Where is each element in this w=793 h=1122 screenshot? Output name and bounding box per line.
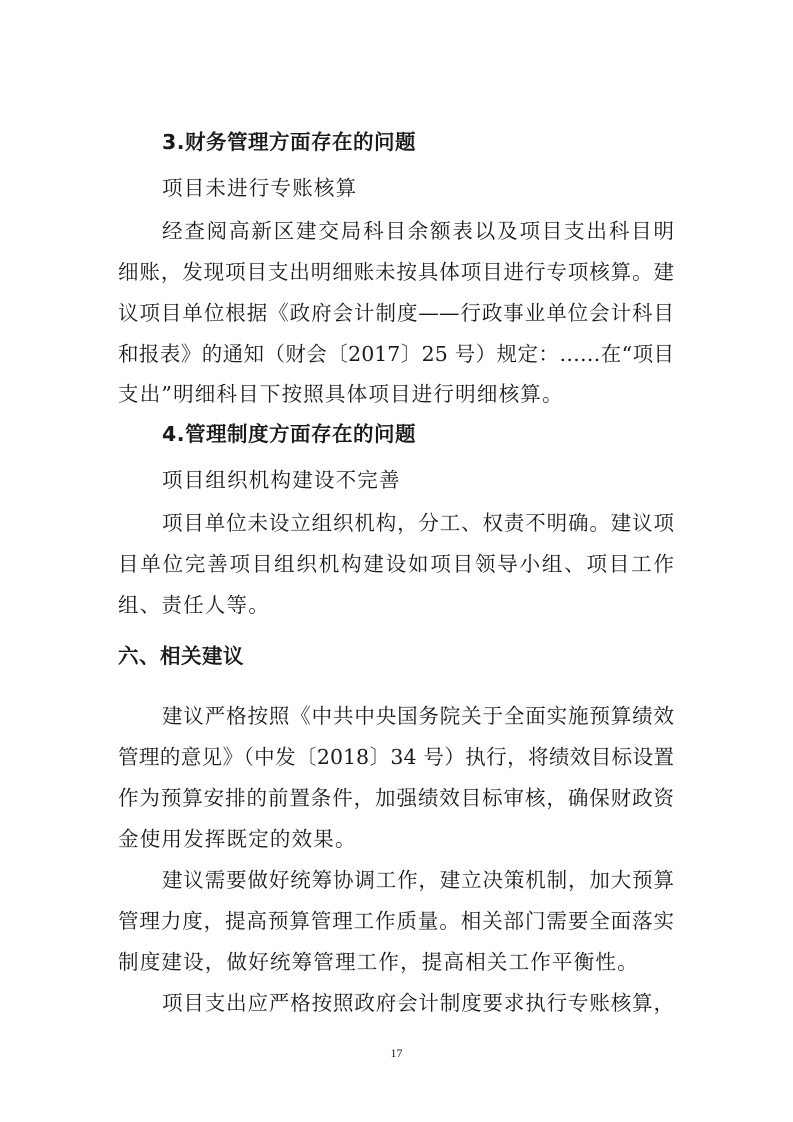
section-4-subheading: 项目组织机构建设不完善 [162,467,674,493]
section-4-heading: 4.管理制度方面存在的问题 [162,421,674,447]
section-3-heading: 3.财务管理方面存在的问题 [162,129,674,155]
paragraph-line: 细账，发现项目支出明细账未按具体项目进行专项核算。建 [118,259,674,285]
section-3-subheading: 项目未进行专账核算 [162,175,674,201]
paragraph-line: 议项目单位根据《政府会计制度——行政事业单位会计科目 [118,300,674,326]
section-6-heading: 六、相关建议 [118,643,674,669]
paragraph-line: 支出”明细科目下按照具体项目进行明细核算。 [118,381,674,407]
paragraph-line: 管理力度，提高预算管理工作质量。相关部门需要全面落实 [118,908,674,934]
paragraph-line: 经查阅高新区建交局科目余额表以及项目支出科目明 [162,218,674,244]
paragraph-line: 管理的意见》（中发〔2018〕34 号）执行，将绩效目标设置 [118,744,674,770]
paragraph-line: 金使用发挥既定的效果。 [118,826,674,852]
page-number: 17 [0,1046,793,1061]
paragraph-line: 建议严格按照《中共中央国务院关于全面实施预算绩效 [162,703,674,729]
paragraph-line: 作为预算安排的前置条件，加强绩效目标审核，确保财政资 [118,785,674,811]
paragraph-line: 和报表》的通知（财会〔2017〕25 号）规定：……在“项目 [118,341,674,367]
paragraph-line: 目单位完善项目组织机构建设如项目领导小组、项目工作 [118,551,674,577]
paragraph-line: 制度建设，做好统筹管理工作，提高相关工作平衡性。 [118,949,674,975]
paragraph-line: 建议需要做好统筹协调工作，建立决策机制，加大预算 [162,867,674,893]
paragraph-line: 项目支出应严格按照政府会计制度要求执行专账核算， [162,990,674,1016]
paragraph-line: 项目单位未设立组织机构，分工、权责不明确。建议项 [162,510,674,536]
paragraph-line: 组、责任人等。 [118,592,674,618]
